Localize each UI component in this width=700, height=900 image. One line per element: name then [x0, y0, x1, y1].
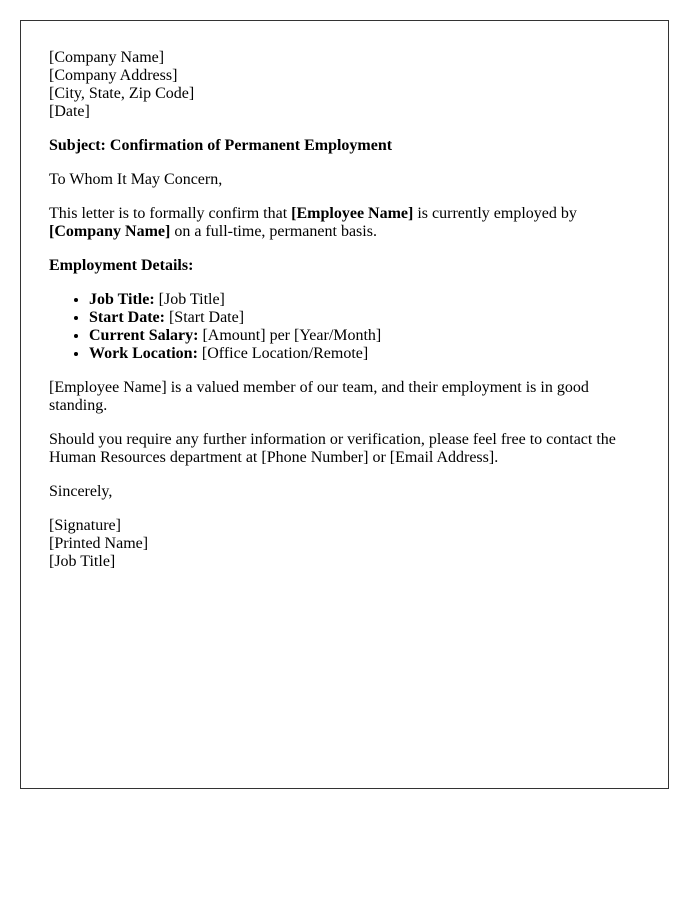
- employment-details-list: Job Title: [Job Title] Start Date: [Star…: [49, 291, 648, 363]
- company-name-placeholder: [Company Name]: [49, 223, 170, 240]
- employee-name-placeholder: [Employee Name]: [291, 205, 413, 222]
- detail-value: [Amount] per [Year/Month]: [198, 327, 381, 344]
- detail-label: Job Title:: [89, 291, 155, 308]
- signer-job-title: [Job Title]: [49, 553, 648, 571]
- details-heading-text: Employment Details:: [49, 257, 193, 274]
- detail-label: Current Salary:: [89, 327, 198, 344]
- subject-line: Subject: Confirmation of Permanent Emplo…: [49, 137, 648, 155]
- printed-name: [Printed Name]: [49, 535, 648, 553]
- closing: Sincerely,: [49, 483, 648, 501]
- detail-label: Start Date:: [89, 309, 165, 326]
- detail-current-salary: Current Salary: [Amount] per [Year/Month…: [89, 327, 648, 345]
- sender-address-block: [Company Name] [Company Address] [City, …: [49, 49, 648, 121]
- salutation: To Whom It May Concern,: [49, 171, 648, 189]
- detail-value: [Office Location/Remote]: [198, 345, 368, 362]
- intro-paragraph: This letter is to formally confirm that …: [49, 205, 648, 241]
- letter-date: [Date]: [49, 103, 648, 121]
- details-heading: Employment Details:: [49, 257, 648, 275]
- detail-value: [Start Date]: [165, 309, 244, 326]
- company-name: [Company Name]: [49, 49, 648, 67]
- detail-label: Work Location:: [89, 345, 198, 362]
- city-state-zip: [City, State, Zip Code]: [49, 85, 648, 103]
- detail-work-location: Work Location: [Office Location/Remote]: [89, 345, 648, 363]
- detail-start-date: Start Date: [Start Date]: [89, 309, 648, 327]
- signature-block: [Signature] [Printed Name] [Job Title]: [49, 517, 648, 571]
- detail-job-title: Job Title: [Job Title]: [89, 291, 648, 309]
- intro-text-2: is currently employed by: [413, 205, 577, 222]
- company-address: [Company Address]: [49, 67, 648, 85]
- intro-text-1: This letter is to formally confirm that: [49, 205, 291, 222]
- detail-value: [Job Title]: [155, 291, 225, 308]
- contact-paragraph: Should you require any further informati…: [49, 431, 648, 467]
- intro-text-3: on a full-time, permanent basis.: [170, 223, 377, 240]
- signature-placeholder: [Signature]: [49, 517, 648, 535]
- standing-paragraph: [Employee Name] is a valued member of ou…: [49, 379, 648, 415]
- employment-confirmation-letter: [Company Name] [Company Address] [City, …: [20, 20, 669, 789]
